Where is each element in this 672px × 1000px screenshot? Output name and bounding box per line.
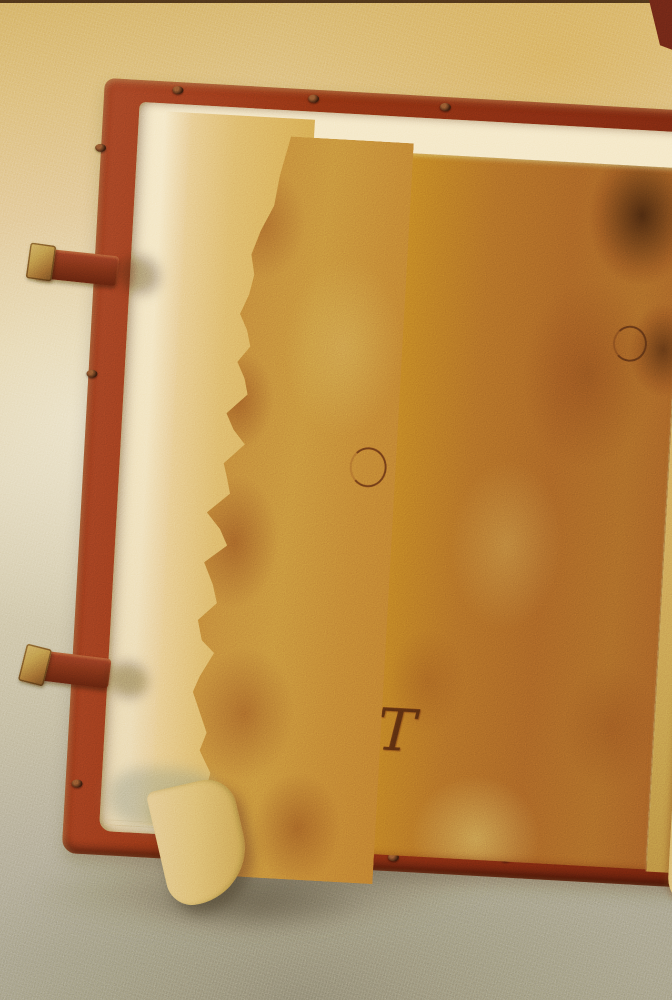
manuscript-text-line xyxy=(431,167,657,180)
manuscript-text-line xyxy=(429,167,657,181)
manuscript-text-line xyxy=(431,167,657,180)
manuscript-text-line xyxy=(431,167,657,180)
initial-o xyxy=(612,325,648,363)
photo-scene: T xyxy=(0,0,672,1000)
manuscript-text-line xyxy=(461,169,657,181)
book-pages: T xyxy=(99,102,672,865)
manuscript-text-line xyxy=(429,167,657,181)
manuscript-text-line xyxy=(431,167,657,180)
binding-stud xyxy=(308,94,319,103)
manuscript-text-line xyxy=(431,167,657,180)
manuscript-text-line xyxy=(437,167,657,180)
manuscript-text-line xyxy=(431,167,657,180)
manuscript-text-line xyxy=(433,167,657,180)
film-edge-corner xyxy=(648,0,672,52)
manuscript-text-line xyxy=(429,167,657,181)
manuscript-book: T xyxy=(62,78,672,889)
manuscript-text-line xyxy=(431,167,657,180)
manuscript-text-line xyxy=(431,167,657,180)
manuscript-text-line xyxy=(433,167,657,180)
film-edge-top xyxy=(0,0,672,3)
clasp-brass-fitting xyxy=(26,242,57,281)
manuscript-text-line xyxy=(433,167,657,180)
manuscript-text-line xyxy=(429,167,657,181)
binding-stud xyxy=(440,103,451,112)
manuscript-text-line xyxy=(429,167,657,181)
manuscript-text-line xyxy=(433,167,657,180)
manuscript-text-line xyxy=(461,169,657,181)
manuscript-text-line xyxy=(429,167,657,181)
manuscript-text-line xyxy=(429,167,657,181)
binding-stud xyxy=(95,144,106,153)
manuscript-text-line xyxy=(439,167,657,180)
binding-stud xyxy=(71,779,82,788)
right-page-text xyxy=(429,167,657,181)
manuscript-text-line xyxy=(429,167,657,181)
book-shadow-dark xyxy=(120,878,420,948)
manuscript-text-line xyxy=(431,167,657,180)
manuscript-text-line xyxy=(433,167,657,180)
manuscript-text-line xyxy=(429,167,657,181)
manuscript-text-line xyxy=(431,167,657,180)
manuscript-text-line xyxy=(461,169,657,181)
manuscript-text-line xyxy=(429,167,657,181)
left-initial-o xyxy=(349,446,388,488)
manuscript-text-line xyxy=(433,167,657,180)
manuscript-text-line xyxy=(429,167,657,181)
manuscript-text-line xyxy=(429,167,657,181)
manuscript-text-line xyxy=(447,168,657,180)
manuscript-text-line xyxy=(437,167,657,180)
binding-stud xyxy=(86,369,97,378)
binding-stud xyxy=(172,86,183,95)
manuscript-text-line xyxy=(429,167,657,181)
manuscript-text-line xyxy=(429,167,657,181)
manuscript-text-line xyxy=(431,167,657,180)
